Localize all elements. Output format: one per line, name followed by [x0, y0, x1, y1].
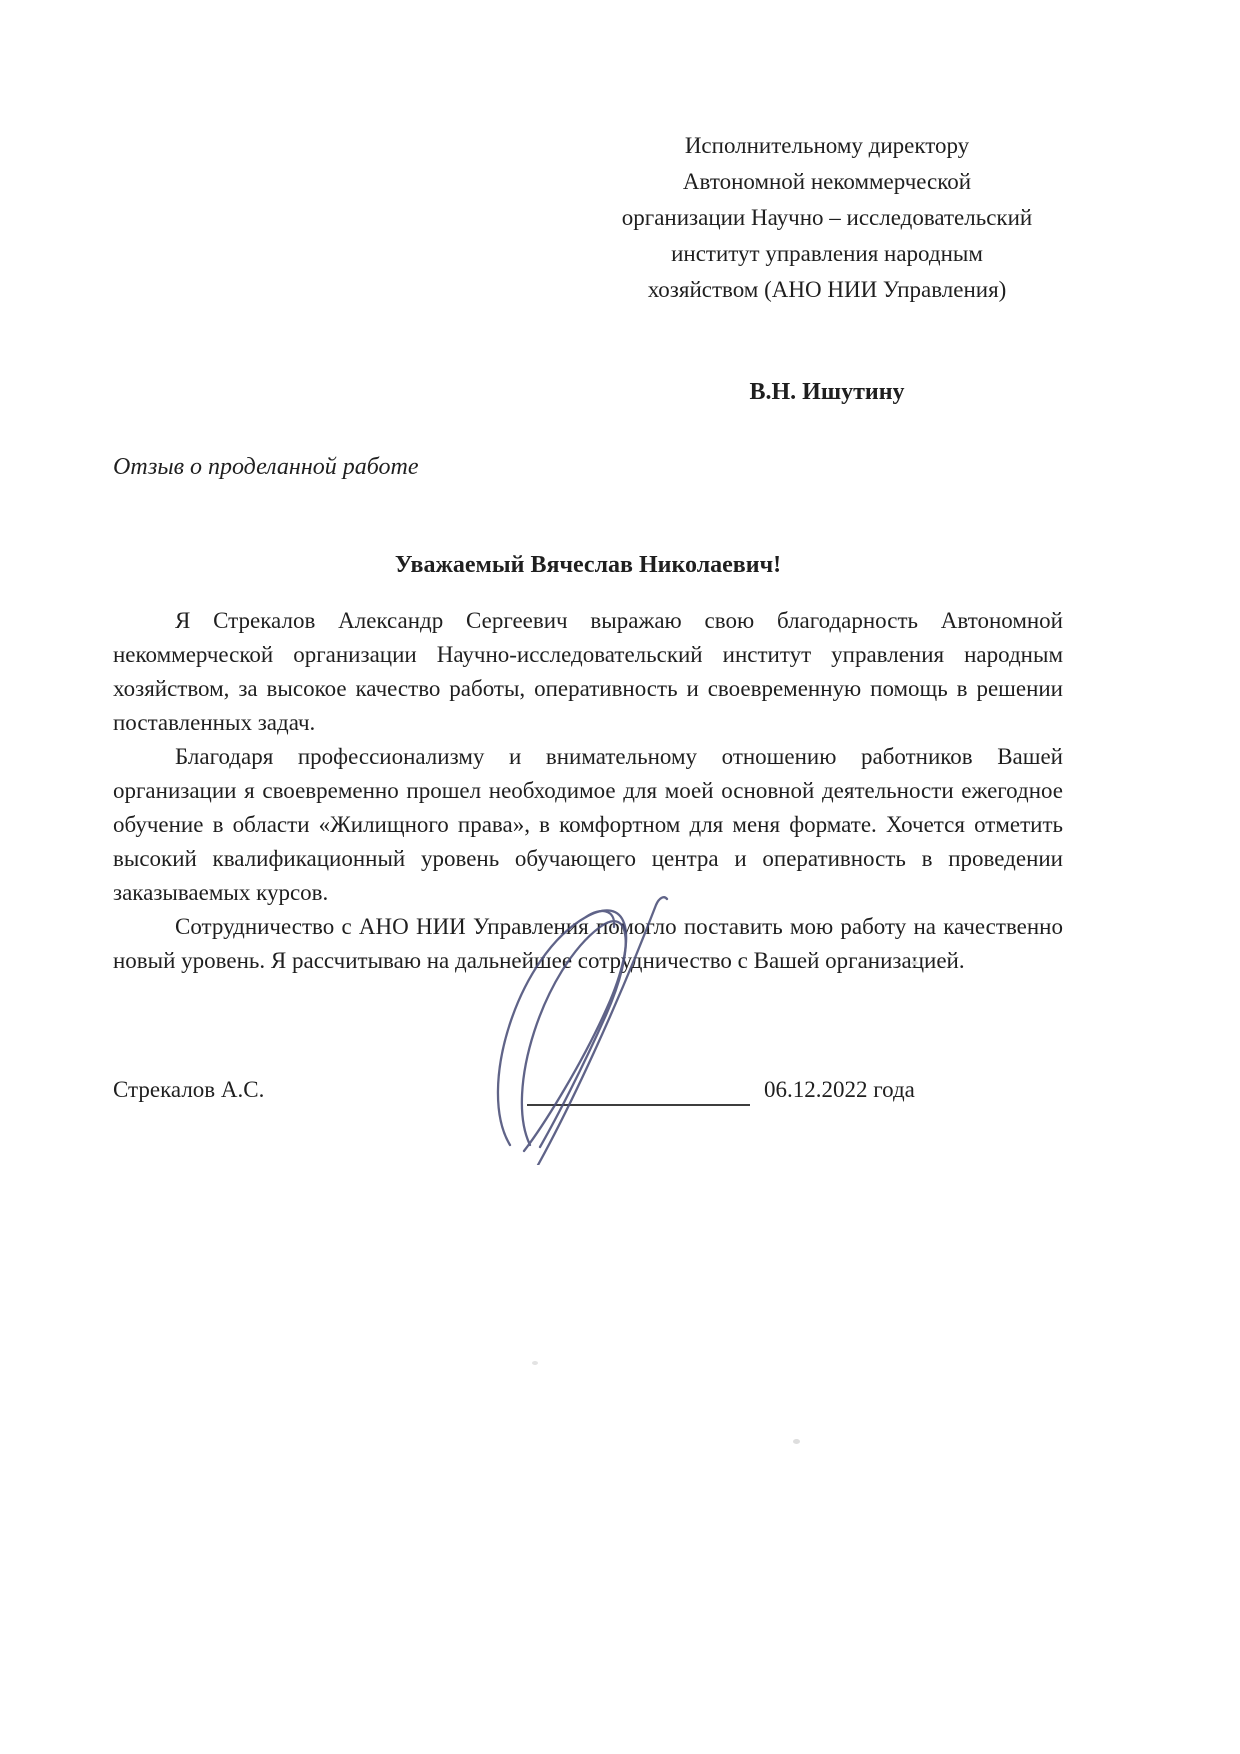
- recipient-line: институт управления народным: [591, 236, 1063, 272]
- scan-speck: [532, 1361, 538, 1365]
- recipient-name: В.Н. Ишутину: [591, 374, 1063, 410]
- scanned-letter-page: Исполнительному директору Автономной нек…: [0, 0, 1240, 1754]
- body-paragraph: Сотрудничество с АНО НИИ Управления помо…: [113, 910, 1063, 978]
- signature-date: 06.12.2022 года: [764, 1074, 915, 1106]
- recipient-line: хозяйством (АНО НИИ Управления): [591, 272, 1063, 308]
- letter-content: Исполнительному директору Автономной нек…: [113, 128, 1063, 1106]
- scan-speck: [911, 961, 918, 965]
- letter-body: Я Стрекалов Александр Сергеевич выражаю …: [113, 604, 1063, 978]
- recipient-line: Исполнительному директору: [591, 128, 1063, 164]
- signature-name: Стрекалов А.С.: [113, 1074, 527, 1106]
- salutation: Уважаемый Вячеслав Николаевич!: [113, 548, 1063, 582]
- signature-underline: [527, 1074, 750, 1106]
- signature-row: Стрекалов А.С. 06.12.2022 года: [113, 1074, 1063, 1106]
- recipient-line: организации Научно – исследовательский: [591, 200, 1063, 236]
- subject-line: Отзыв о проделанной работе: [113, 450, 1063, 484]
- body-paragraph: Благодаря профессионализму и внимательно…: [113, 740, 1063, 910]
- recipient-line: Автономной некоммерческой: [591, 164, 1063, 200]
- scan-speck: [793, 1439, 800, 1444]
- recipient-block: Исполнительному директору Автономной нек…: [591, 128, 1063, 308]
- body-paragraph: Я Стрекалов Александр Сергеевич выражаю …: [113, 604, 1063, 740]
